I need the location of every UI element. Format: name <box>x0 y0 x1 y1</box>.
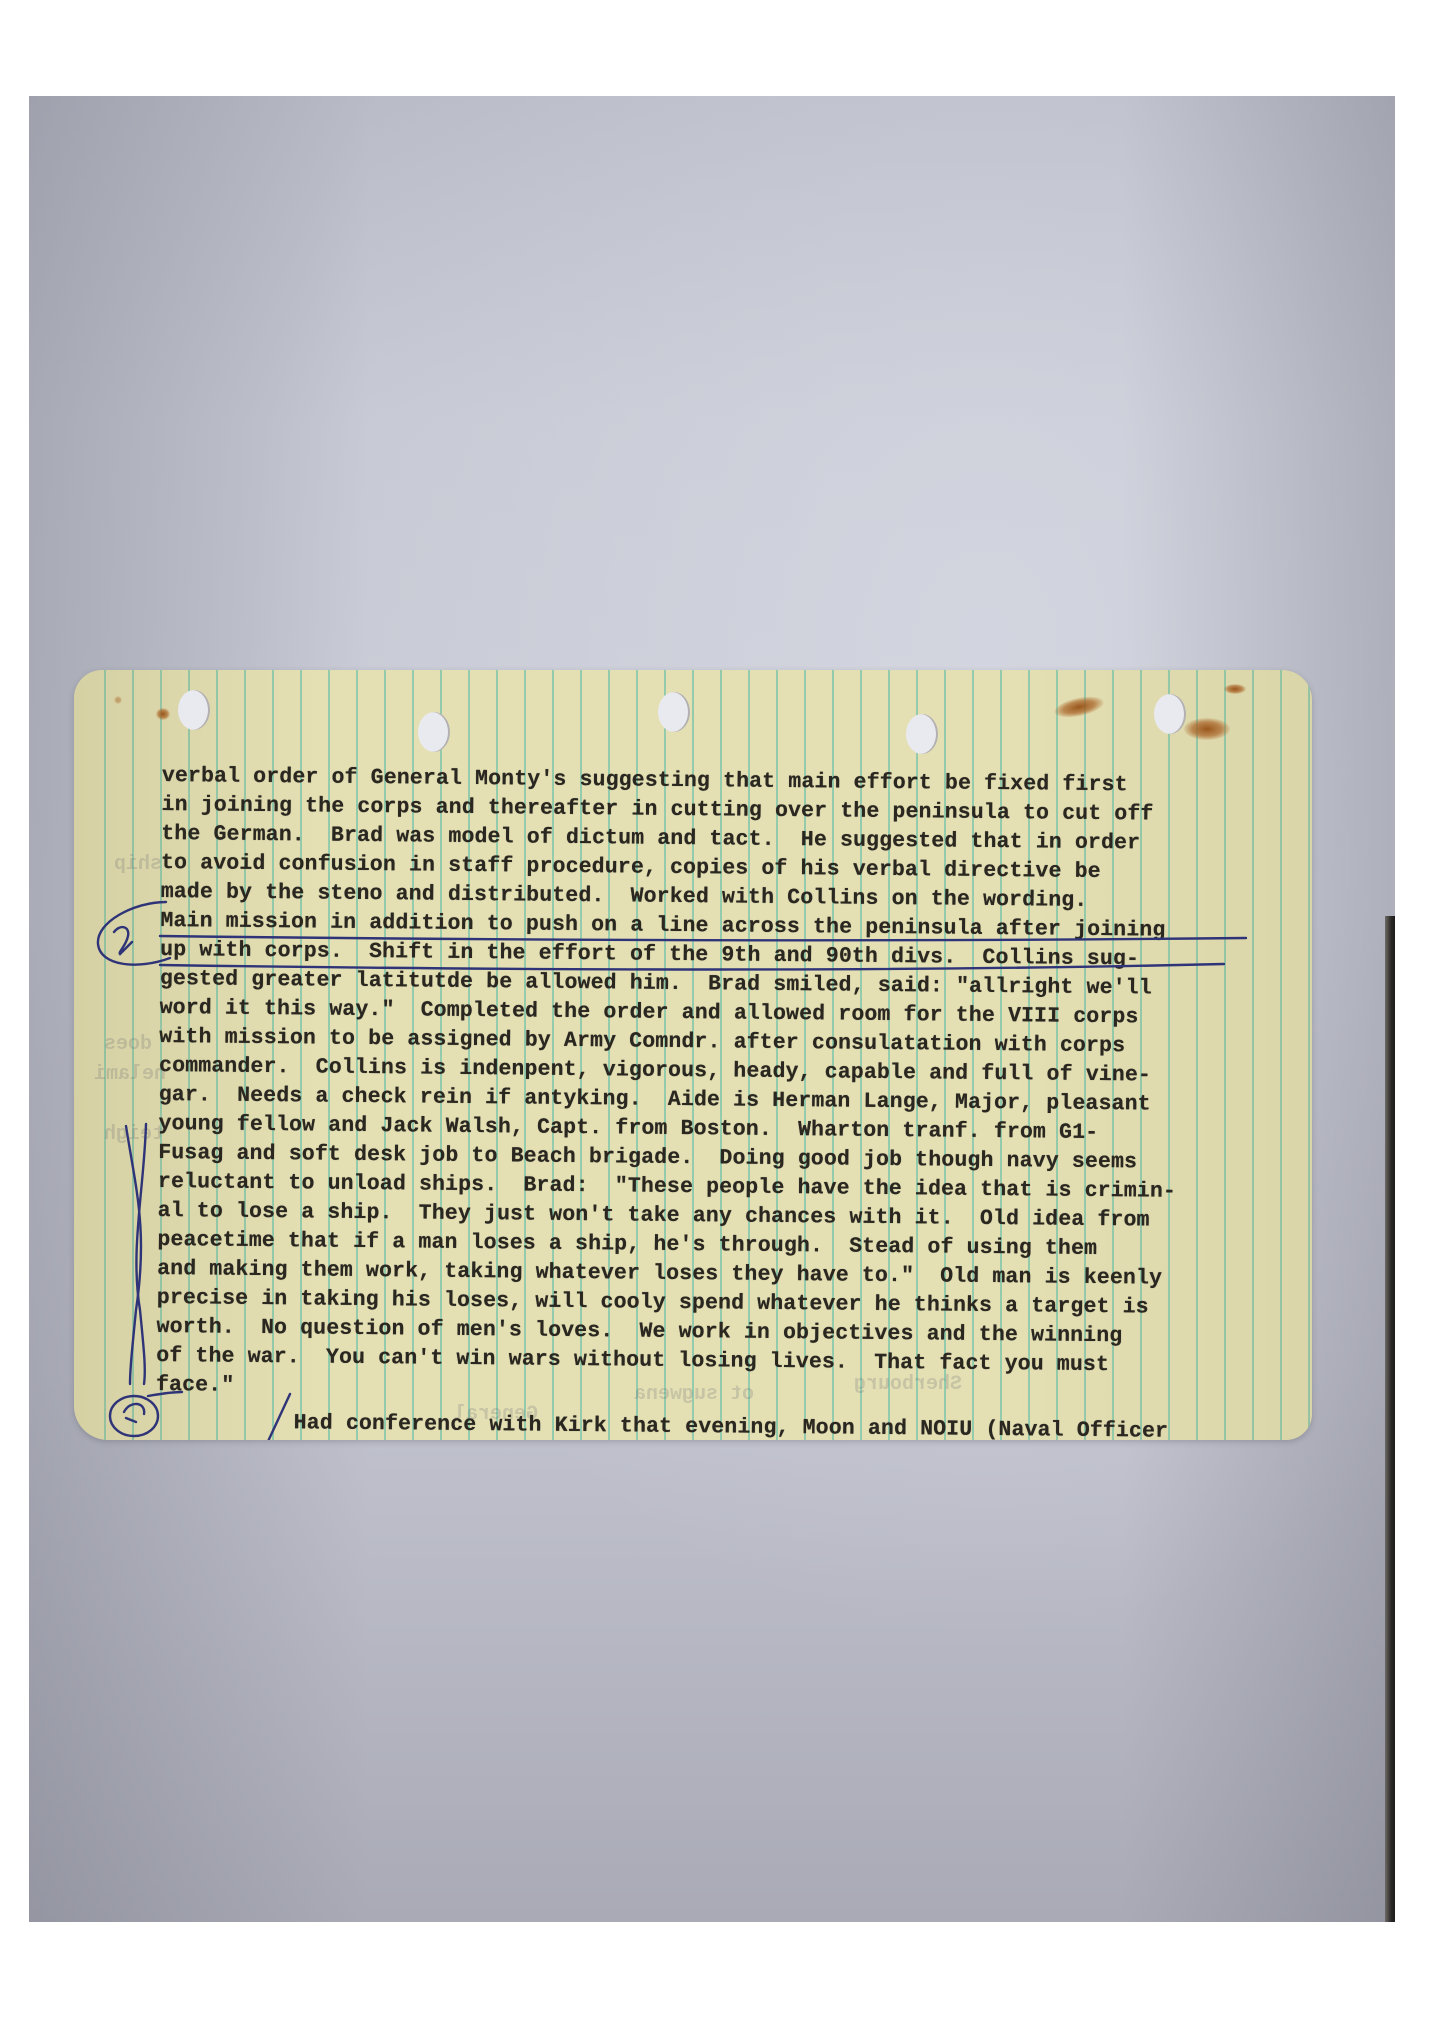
rust-stain <box>1224 684 1246 694</box>
bleed-through-text: teigh <box>104 1120 164 1149</box>
rust-stain <box>1184 718 1230 740</box>
index-card: ship does nelami teigh Sherbourg ot sugw… <box>74 670 1312 1440</box>
pen-vertical-stroke <box>136 1124 146 1384</box>
pen-vertical-stroke <box>126 1126 141 1384</box>
rust-stain <box>114 696 122 704</box>
bleed-through-text: ship <box>114 850 162 879</box>
numeral-2 <box>114 927 132 954</box>
bleed-through-text: nelami <box>94 1060 166 1089</box>
numeral-5 <box>124 1404 144 1422</box>
punch-hole <box>418 712 450 752</box>
circle-mark-5 <box>110 1396 158 1436</box>
rust-stain <box>156 708 170 720</box>
typed-final-line: Had conference with Kirk that evening, M… <box>156 1408 1312 1440</box>
punch-hole <box>178 690 210 730</box>
binder-edge <box>1385 916 1395 1922</box>
rust-stain <box>1053 693 1106 721</box>
punch-hole <box>658 692 690 732</box>
typed-text-body: verbal order of General Monty's suggesti… <box>156 762 1312 1440</box>
bleed-through-text: does <box>104 1030 152 1059</box>
punch-hole <box>906 714 938 754</box>
punch-hole <box>1154 694 1186 734</box>
